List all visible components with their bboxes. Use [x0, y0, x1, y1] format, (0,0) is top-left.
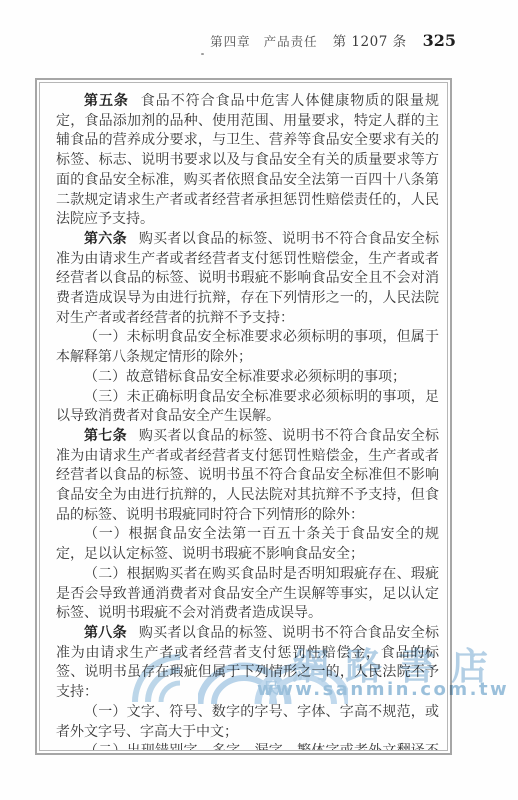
article-paragraph: （一）根据食品安全法第一百五十条关于食品安全的规定，足以认定标签、说明书瑕疵不影… — [56, 525, 439, 564]
page-header: 第四章 产品责任 第 1207 条 325 — [210, 30, 456, 50]
article-paragraph: 第八条购买者以食品的标签、说明书不符合食品安全标准为由请求生产者或者经营者支付惩… — [56, 624, 439, 703]
article-paragraph: （二）故意错标食品安全标准要求必须标明的事项； — [56, 368, 439, 388]
article-heading: 第五条 — [84, 93, 141, 109]
article-text: （二）根据购买者在购买食品时是否明知瑕疵存在、瑕疵是否会导致普通消费者对食品安全… — [56, 566, 439, 621]
article-paragraph: 第六条购买者以食品的标签、说明书不符合食品安全标准为由请求生产者或者经营者支付惩… — [56, 230, 439, 329]
article-text: （三）未正确标明食品安全标准要求必须标明的事项，足以导致消费者对食品安全产生误解… — [56, 389, 439, 425]
article-paragraph: （三）未正确标明食品安全标准要求必须标明的事项，足以导致消费者对食品安全产生误解… — [56, 388, 439, 427]
scan-speck — [201, 53, 204, 55]
article-body: 第五条食品不符合食品中危害人体健康物质的限量规定，食品添加剂的品种、使用范围、用… — [39, 82, 448, 751]
article-text: （二）出现错别字、多字、漏字、繁体字或者外文翻译不准确，但不会导致消费者对食品安… — [56, 743, 439, 751]
article-paragraph: 第五条食品不符合食品中危害人体健康物质的限量规定，食品添加剂的品种、使用范围、用… — [56, 92, 439, 230]
article-paragraph: （一）文字、符号、数字的字号、字体、字高不规范，或者外文字号、字高大于中文； — [56, 703, 439, 742]
book-page: 第四章 产品责任 第 1207 条 325 第五条食品不符合食品中危害人体健康物… — [0, 0, 518, 800]
article-text: （一）根据食品安全法第一百五十条关于食品安全的规定，足以认定标签、说明书瑕疵不影… — [56, 526, 439, 562]
page-number: 325 — [423, 31, 456, 50]
header-chapter: 第四章 — [210, 32, 251, 50]
article-paragraph: 第七条购买者以食品的标签、说明书不符合食品安全标准为由请求生产者或者经营者支付惩… — [56, 427, 439, 526]
article-paragraph: （二）根据购买者在购买食品时是否明知瑕疵存在、瑕疵是否会导致普通消费者对食品安全… — [56, 565, 439, 624]
header-section: 产品责任 — [264, 32, 318, 50]
article-heading: 第七条 — [84, 428, 139, 444]
article-text: 食品不符合食品中危害人体健康物质的限量规定，食品添加剂的品种、使用范围、用量要求… — [56, 93, 439, 227]
article-frame: 第五条食品不符合食品中危害人体健康物质的限量规定，食品添加剂的品种、使用范围、用… — [35, 78, 452, 755]
article-heading: 第六条 — [84, 231, 139, 247]
article-paragraph: （一）未标明食品安全标准要求必须标明的事项，但属于本解释第八条规定情形的除外； — [56, 328, 439, 367]
article-paragraph: （二）出现错别字、多字、漏字、繁体字或者外文翻译不准确，但不会导致消费者对食品安… — [56, 742, 439, 751]
article-text: （二）故意错标食品安全标准要求必须标明的事项； — [84, 369, 406, 385]
article-heading: 第八条 — [84, 625, 139, 641]
header-article-number: 第 1207 条 — [333, 30, 407, 50]
article-text: （一）未标明食品安全标准要求必须标明的事项，但属于本解释第八条规定情形的除外； — [56, 329, 439, 365]
article-text: （一）文字、符号、数字的字号、字体、字高不规范，或者外文字号、字高大于中文； — [56, 704, 439, 740]
